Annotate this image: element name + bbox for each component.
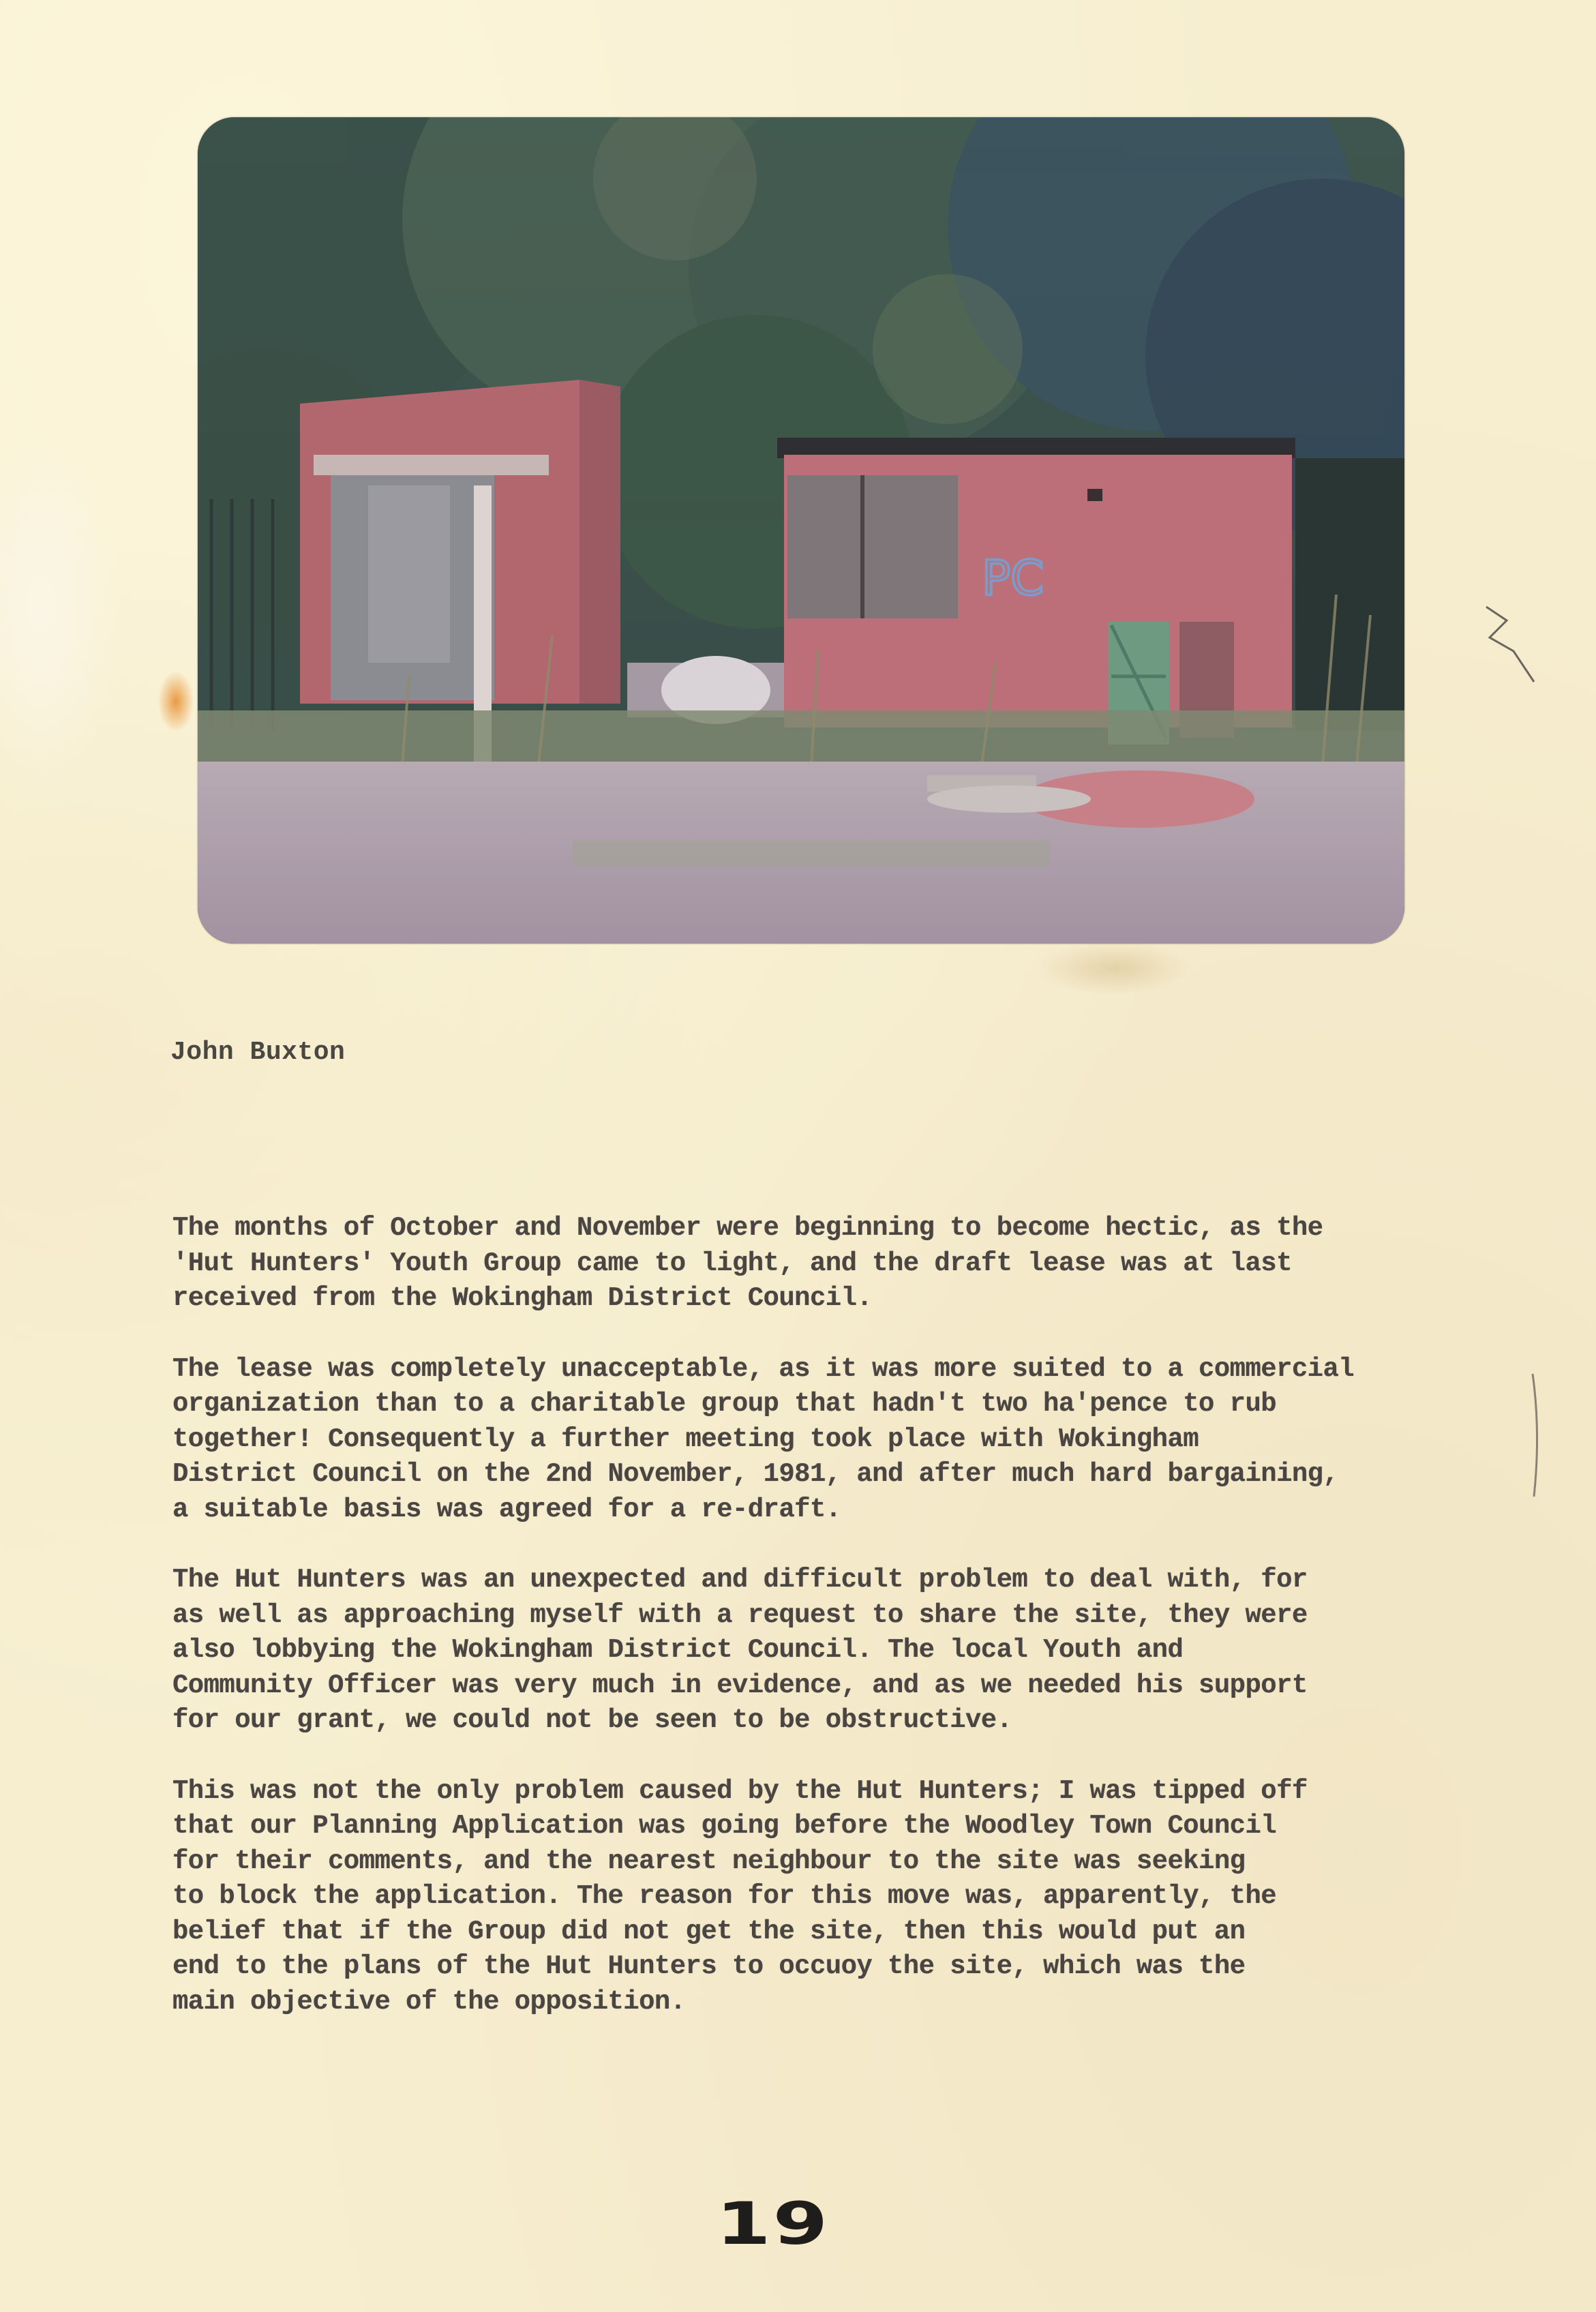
- paragraph: The months of October and November were …: [172, 1211, 1502, 1317]
- paragraph: The Hut Hunters was an unexpected and di…: [172, 1563, 1502, 1739]
- paper-stain: [1036, 941, 1193, 995]
- photograph: PC: [198, 117, 1404, 944]
- paragraph: The lease was completely unacceptable, a…: [172, 1352, 1502, 1528]
- pencil-mark: [1479, 600, 1541, 689]
- author-name: John Buxton: [170, 1038, 345, 1067]
- pencil-mark: [1527, 1370, 1548, 1500]
- paper-stain: [0, 416, 123, 798]
- derelict-huts-photo: PC: [198, 117, 1404, 944]
- page-number: 19: [716, 2190, 830, 2258]
- paragraph: This was not the only problem caused by …: [172, 1774, 1502, 2020]
- tape-mark: [158, 672, 194, 732]
- svg-text:PC: PC: [982, 550, 1044, 606]
- article-body: The months of October and November were …: [172, 1211, 1502, 2055]
